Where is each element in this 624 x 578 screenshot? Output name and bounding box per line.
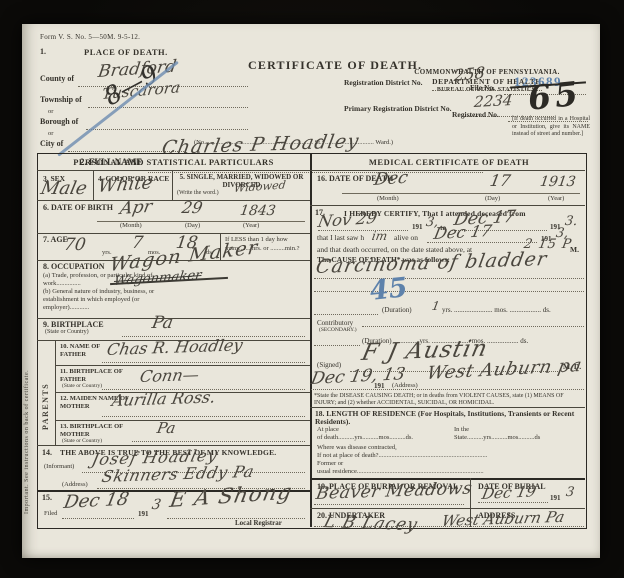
usual-residence-line: usual residence.........................… xyxy=(317,468,484,475)
sign-address-line xyxy=(311,388,584,390)
occupation-b-label: (b) General nature of industry, business… xyxy=(43,288,168,312)
place-of-death-label: PLACE OF DEATH. xyxy=(84,47,168,57)
if-not-line: If not at place of death?...............… xyxy=(317,452,487,459)
column-divider xyxy=(310,153,312,527)
marital-handwritten: Widowed xyxy=(233,179,286,194)
attended-from-line xyxy=(318,229,408,231)
city-label: City of xyxy=(40,139,63,148)
primary-district-value: 2234 xyxy=(473,93,513,110)
dob-label: 6. DATE OF BIRTH xyxy=(43,203,113,212)
row-rule xyxy=(37,445,310,446)
last-seen-date-handwritten: Dec 17 xyxy=(432,223,493,242)
medical-section-title: MEDICAL CERTIFICATE OF DEATH xyxy=(310,157,588,167)
attest-number: 14. xyxy=(42,448,52,457)
dod-year-caption: (Year) xyxy=(548,195,564,202)
former-or-label: Former or xyxy=(317,460,343,467)
of-death-line: of death..........yrs..........mos......… xyxy=(317,434,413,441)
registered-no-line xyxy=(508,120,588,122)
mother-birthplace-line xyxy=(132,440,305,442)
or-word-2: or xyxy=(48,130,53,137)
duration-units: yrs. ...................... mos. .......… xyxy=(442,306,551,314)
stamp-45: 45 xyxy=(369,274,409,305)
birthplace-caption: (State or Country) xyxy=(45,329,89,335)
cause-footnote: *State the DISEASE CAUSING DEATH; or in … xyxy=(314,393,584,407)
birthplace-label: 9. BIRTHPLACE xyxy=(43,320,104,329)
row-rule xyxy=(37,200,310,201)
mother-maiden-handwritten: Aurilla Ross. xyxy=(111,389,217,409)
age-years-handwritten: 70 xyxy=(63,237,87,254)
burial-year-printed: 191 xyxy=(550,494,561,502)
county-label: County of xyxy=(40,74,74,83)
form-number: Form V. S. No. 5—50M. 9-5-12. xyxy=(40,33,140,41)
state-line: State..........yrs..........mos.........… xyxy=(454,434,540,441)
dod-day-handwritten: 17 xyxy=(489,173,512,189)
death-certificate-document: Important. See instructions on back of c… xyxy=(22,24,600,558)
father-name-line xyxy=(102,361,305,363)
occupation-label: 8. OCCUPATION xyxy=(43,262,104,271)
medical-header-rule xyxy=(310,170,585,171)
dod-month-caption: (Month) xyxy=(377,195,399,202)
filed-label: Filed xyxy=(44,510,57,517)
father-birthplace-handwritten: Conn— xyxy=(139,367,201,385)
mother-birthplace-label: 13. BIRTHPLACE OF MOTHER xyxy=(60,423,130,438)
last-seen-line xyxy=(427,241,537,243)
dob-day-caption: (Day) xyxy=(185,222,200,229)
mother-maiden-line xyxy=(102,415,305,417)
residence-label: 18. LENGTH OF RESIDENCE (For Hospitals, … xyxy=(315,410,583,426)
race-marital-divider xyxy=(172,170,173,200)
in-the-label: In the xyxy=(454,426,469,433)
from-year-printed: 191 xyxy=(412,223,423,231)
duration-lead xyxy=(314,313,378,315)
dod-line xyxy=(342,192,580,194)
burial-date-handwritten: Dec 19 xyxy=(481,484,538,502)
alive-on-label: alive on xyxy=(394,233,418,242)
informant-address-label: (Address) xyxy=(62,481,88,488)
row-rule xyxy=(55,420,310,421)
borough-line xyxy=(86,128,248,130)
duration-label: (Duration) xyxy=(382,306,412,314)
dob-year-caption: (Year) xyxy=(243,222,259,229)
dob-month-caption: (Month) xyxy=(120,222,142,229)
registration-district-label: Registration District No. xyxy=(344,78,423,87)
sex-race-divider xyxy=(93,170,94,200)
father-birthplace-caption: (State or Country) xyxy=(62,383,102,389)
row-rule xyxy=(310,407,585,408)
filed-date-handwritten: Dec 18 xyxy=(62,491,130,512)
informant-label: (Informant) xyxy=(44,463,74,470)
dob-year-handwritten: 1843 xyxy=(239,204,277,218)
age-years-unit: yrs. xyxy=(102,249,112,256)
mother-birthplace-handwritten: Pa xyxy=(156,421,177,436)
row-rule xyxy=(310,205,585,206)
borough-label: Borough of xyxy=(40,117,78,126)
dod-day-caption: (Day) xyxy=(485,195,500,202)
dod-year-handwritten: 1913 xyxy=(539,175,577,189)
township-label: Township of xyxy=(40,95,82,104)
registered-no-handwritten: 65 xyxy=(526,76,583,114)
undertaker-address-handwritten: West Auburn Pa xyxy=(440,510,565,529)
secondary-label: (SECONDARY.) xyxy=(319,327,357,333)
registered-no-label: Registered No. xyxy=(452,110,499,119)
race-handwritten: White xyxy=(97,174,154,196)
birthplace-handwritten: Pa xyxy=(151,315,175,332)
burial-date-line xyxy=(478,501,548,503)
attended-from-handwritten: Nov 29 xyxy=(317,210,379,230)
personal-section-title: PERSONAL AND STATISTICAL PARTICULARS xyxy=(37,157,310,167)
filed-line xyxy=(62,517,134,519)
last-saw-prefix: that I last saw h xyxy=(317,233,364,242)
duration2-lead xyxy=(314,344,360,346)
margin-instructions-note: Important. See instructions on back of c… xyxy=(24,164,30,514)
file-no-label: File No. xyxy=(470,83,495,92)
last-saw-him-handwritten: im xyxy=(371,230,388,242)
where-contracted-label: Where was disease contracted, xyxy=(317,444,397,451)
row-rule xyxy=(37,233,310,234)
contributory-label: Contributory xyxy=(317,319,353,327)
dod-month-handwritten: Dec xyxy=(372,170,409,189)
cause-line-1 xyxy=(314,277,584,279)
item-15-number: 15. xyxy=(42,493,52,502)
at-place-label: At place xyxy=(317,426,339,433)
sex-handwritten: Male xyxy=(39,180,88,198)
local-registrar-label: Local Registrar xyxy=(235,519,282,527)
father-name-handwritten: Chas R. Hoadley xyxy=(106,337,244,358)
registration-district-value: 258 xyxy=(453,65,485,84)
dob-month-handwritten: Apr xyxy=(118,199,153,218)
burial-place-line xyxy=(314,503,464,505)
filed-year-printed: 191 xyxy=(138,510,149,518)
marital-hint: (Write the word.) xyxy=(177,190,219,196)
or-word-1: or xyxy=(48,108,53,115)
contributory-line xyxy=(362,325,584,327)
item-1-number: 1. xyxy=(40,47,46,56)
primary-district-label: Primary Registration District No. xyxy=(344,104,451,113)
dob-day-handwritten: 29 xyxy=(181,200,204,216)
parents-vertical-label: PARENTS xyxy=(41,360,50,430)
father-birthplace-label: 11. BIRTHPLACE OF FATHER xyxy=(60,368,130,383)
cause-line-2 xyxy=(314,290,584,292)
m-label: M. xyxy=(570,245,579,254)
personal-header-rule xyxy=(37,170,310,171)
mother-birthplace-caption: (State or Country) xyxy=(62,438,102,444)
